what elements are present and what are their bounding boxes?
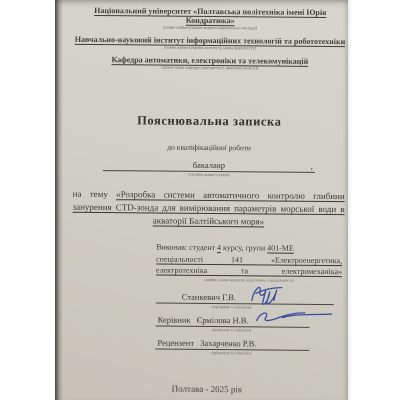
executor-line-1: Виконав: студент 4 курсу, групи 401-МЕ bbox=[156, 242, 342, 255]
page-left-edge-shadow bbox=[55, 0, 63, 400]
institute-block: Навчально-науковий інститут інформаційни… bbox=[74, 35, 346, 51]
executor-line1-label2: курсу, групи bbox=[221, 243, 267, 252]
supervisor-role: Керівник bbox=[158, 314, 191, 324]
university-name: Національний університет «Полтавська пол… bbox=[74, 6, 346, 26]
university-block: Національний університет «Полтавська пол… bbox=[74, 6, 346, 31]
supervisor-name: Єрмілова Н.В. bbox=[197, 314, 249, 324]
executor-block: Виконав: студент 4 курсу, групи 401-МЕ с… bbox=[156, 242, 342, 283]
document-page: Національний університет «Полтавська пол… bbox=[55, 0, 348, 400]
student-signature-row: Станкевич Г.В. bbox=[156, 289, 334, 305]
degree-line: бакалавр , bbox=[103, 159, 315, 173]
reviewer-signature-row: Рецензент Захарченко Р.В. bbox=[155, 335, 309, 350]
specialty-line-2: електротехніка та електромеханіка» bbox=[156, 265, 342, 278]
supervisor-signature-row: Керівник Єрмілова Н.В. bbox=[156, 312, 310, 327]
page-subtitle: до кваліфікаційної роботи bbox=[73, 142, 345, 153]
topic-text: «Розробка системи автоматичного контролю… bbox=[73, 189, 345, 226]
department-block: Кафедра автоматики, електроніки та телек… bbox=[74, 55, 346, 71]
document-content: Національний університет «Полтавська пол… bbox=[71, 0, 346, 400]
page-title: Пояснювальна записка bbox=[73, 113, 345, 130]
student-signature bbox=[248, 281, 304, 307]
student-name: Станкевич Г.В. bbox=[182, 291, 236, 301]
executor-line1-label: Виконав: студент bbox=[156, 243, 217, 253]
supervisor-signature bbox=[252, 307, 338, 328]
topic-paragraph: на тему «Розробка системи автоматичного … bbox=[72, 188, 344, 229]
university-caption: (повне найменування вищого навчального з… bbox=[74, 24, 346, 31]
reviewer-name: Захарченко Р.В. bbox=[200, 337, 256, 347]
city-year: Полтава - 2025 рік bbox=[71, 383, 343, 395]
degree-value: бакалавр bbox=[193, 160, 225, 170]
degree-punctuation: , bbox=[311, 161, 313, 172]
reviewer-role: Рецензент bbox=[157, 337, 194, 347]
signatures-block: Станкевич Г.В. (прізвище та ініціали) Ке… bbox=[71, 288, 344, 355]
group-code: 401-МЕ bbox=[267, 244, 294, 253]
topic-prefix: на тему bbox=[73, 189, 108, 199]
